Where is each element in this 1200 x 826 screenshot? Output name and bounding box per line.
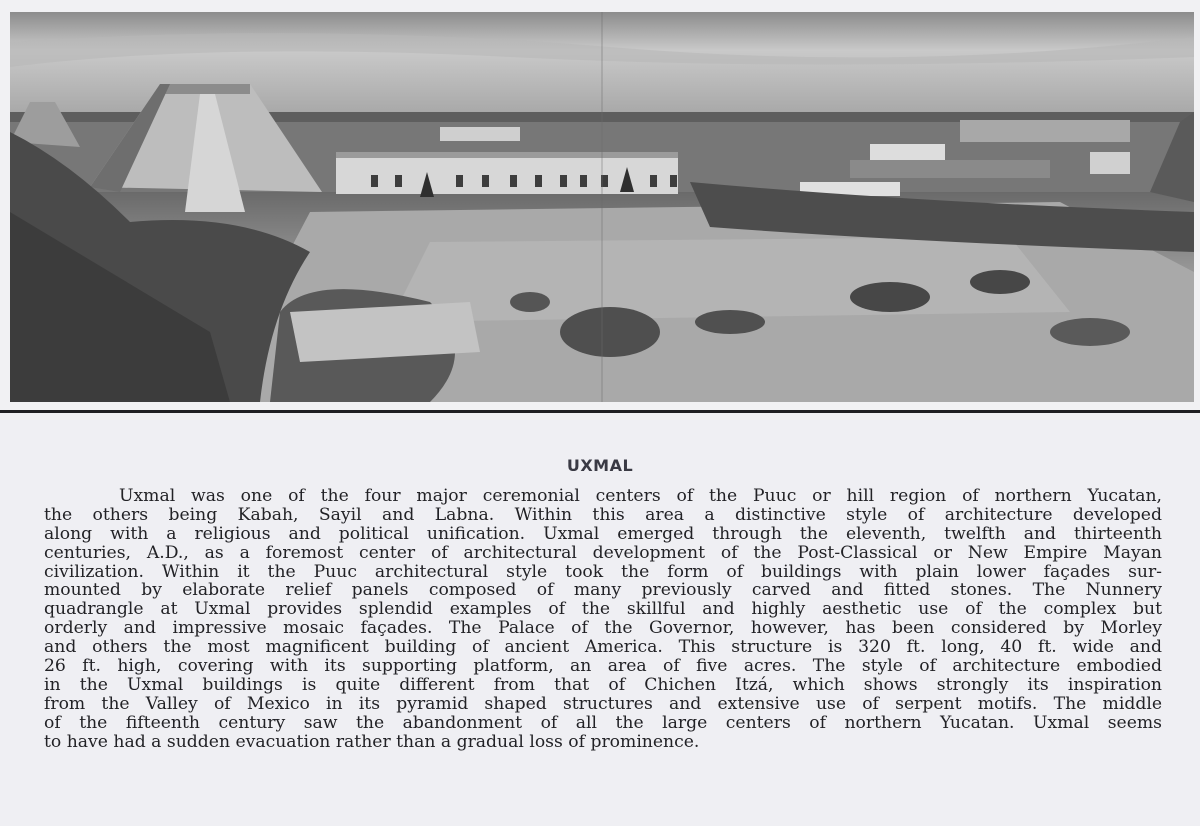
body-line: centuries, A.D., as a foremost center of… bbox=[44, 544, 1162, 563]
body-line: of the fifteenth century saw the abandon… bbox=[44, 714, 1162, 733]
body-line: orderly and impressive mosaic façades. T… bbox=[44, 619, 1162, 638]
body-line: to have had a sudden evacuation rather t… bbox=[44, 733, 1162, 752]
painting-image bbox=[10, 12, 1194, 402]
photo-frame bbox=[0, 0, 1200, 410]
body-line: mounted by elaborate relief panels compo… bbox=[44, 581, 1162, 600]
body-line: the others being Kabah, Sayil and Labna.… bbox=[44, 506, 1162, 525]
body-line: in the Uxmal buildings is quite differen… bbox=[44, 676, 1162, 695]
body-line: and others the most magnificent building… bbox=[44, 638, 1162, 657]
article-title: UXMAL bbox=[0, 456, 1200, 475]
body-line: quadrangle at Uxmal provides splendid ex… bbox=[44, 600, 1162, 619]
uxmal-landscape-illustration bbox=[10, 12, 1194, 402]
body-line: civilization. Within it the Puuc archite… bbox=[44, 563, 1162, 582]
body-line: Uxmal was one of the four major ceremoni… bbox=[44, 487, 1162, 506]
article-body: Uxmal was one of the four major ceremoni… bbox=[44, 487, 1162, 751]
body-line: from the Valley of Mexico in its pyramid… bbox=[44, 695, 1162, 714]
body-line: along with a religious and political uni… bbox=[44, 525, 1162, 544]
body-line: 26 ft. high, covering with its supportin… bbox=[44, 657, 1162, 676]
